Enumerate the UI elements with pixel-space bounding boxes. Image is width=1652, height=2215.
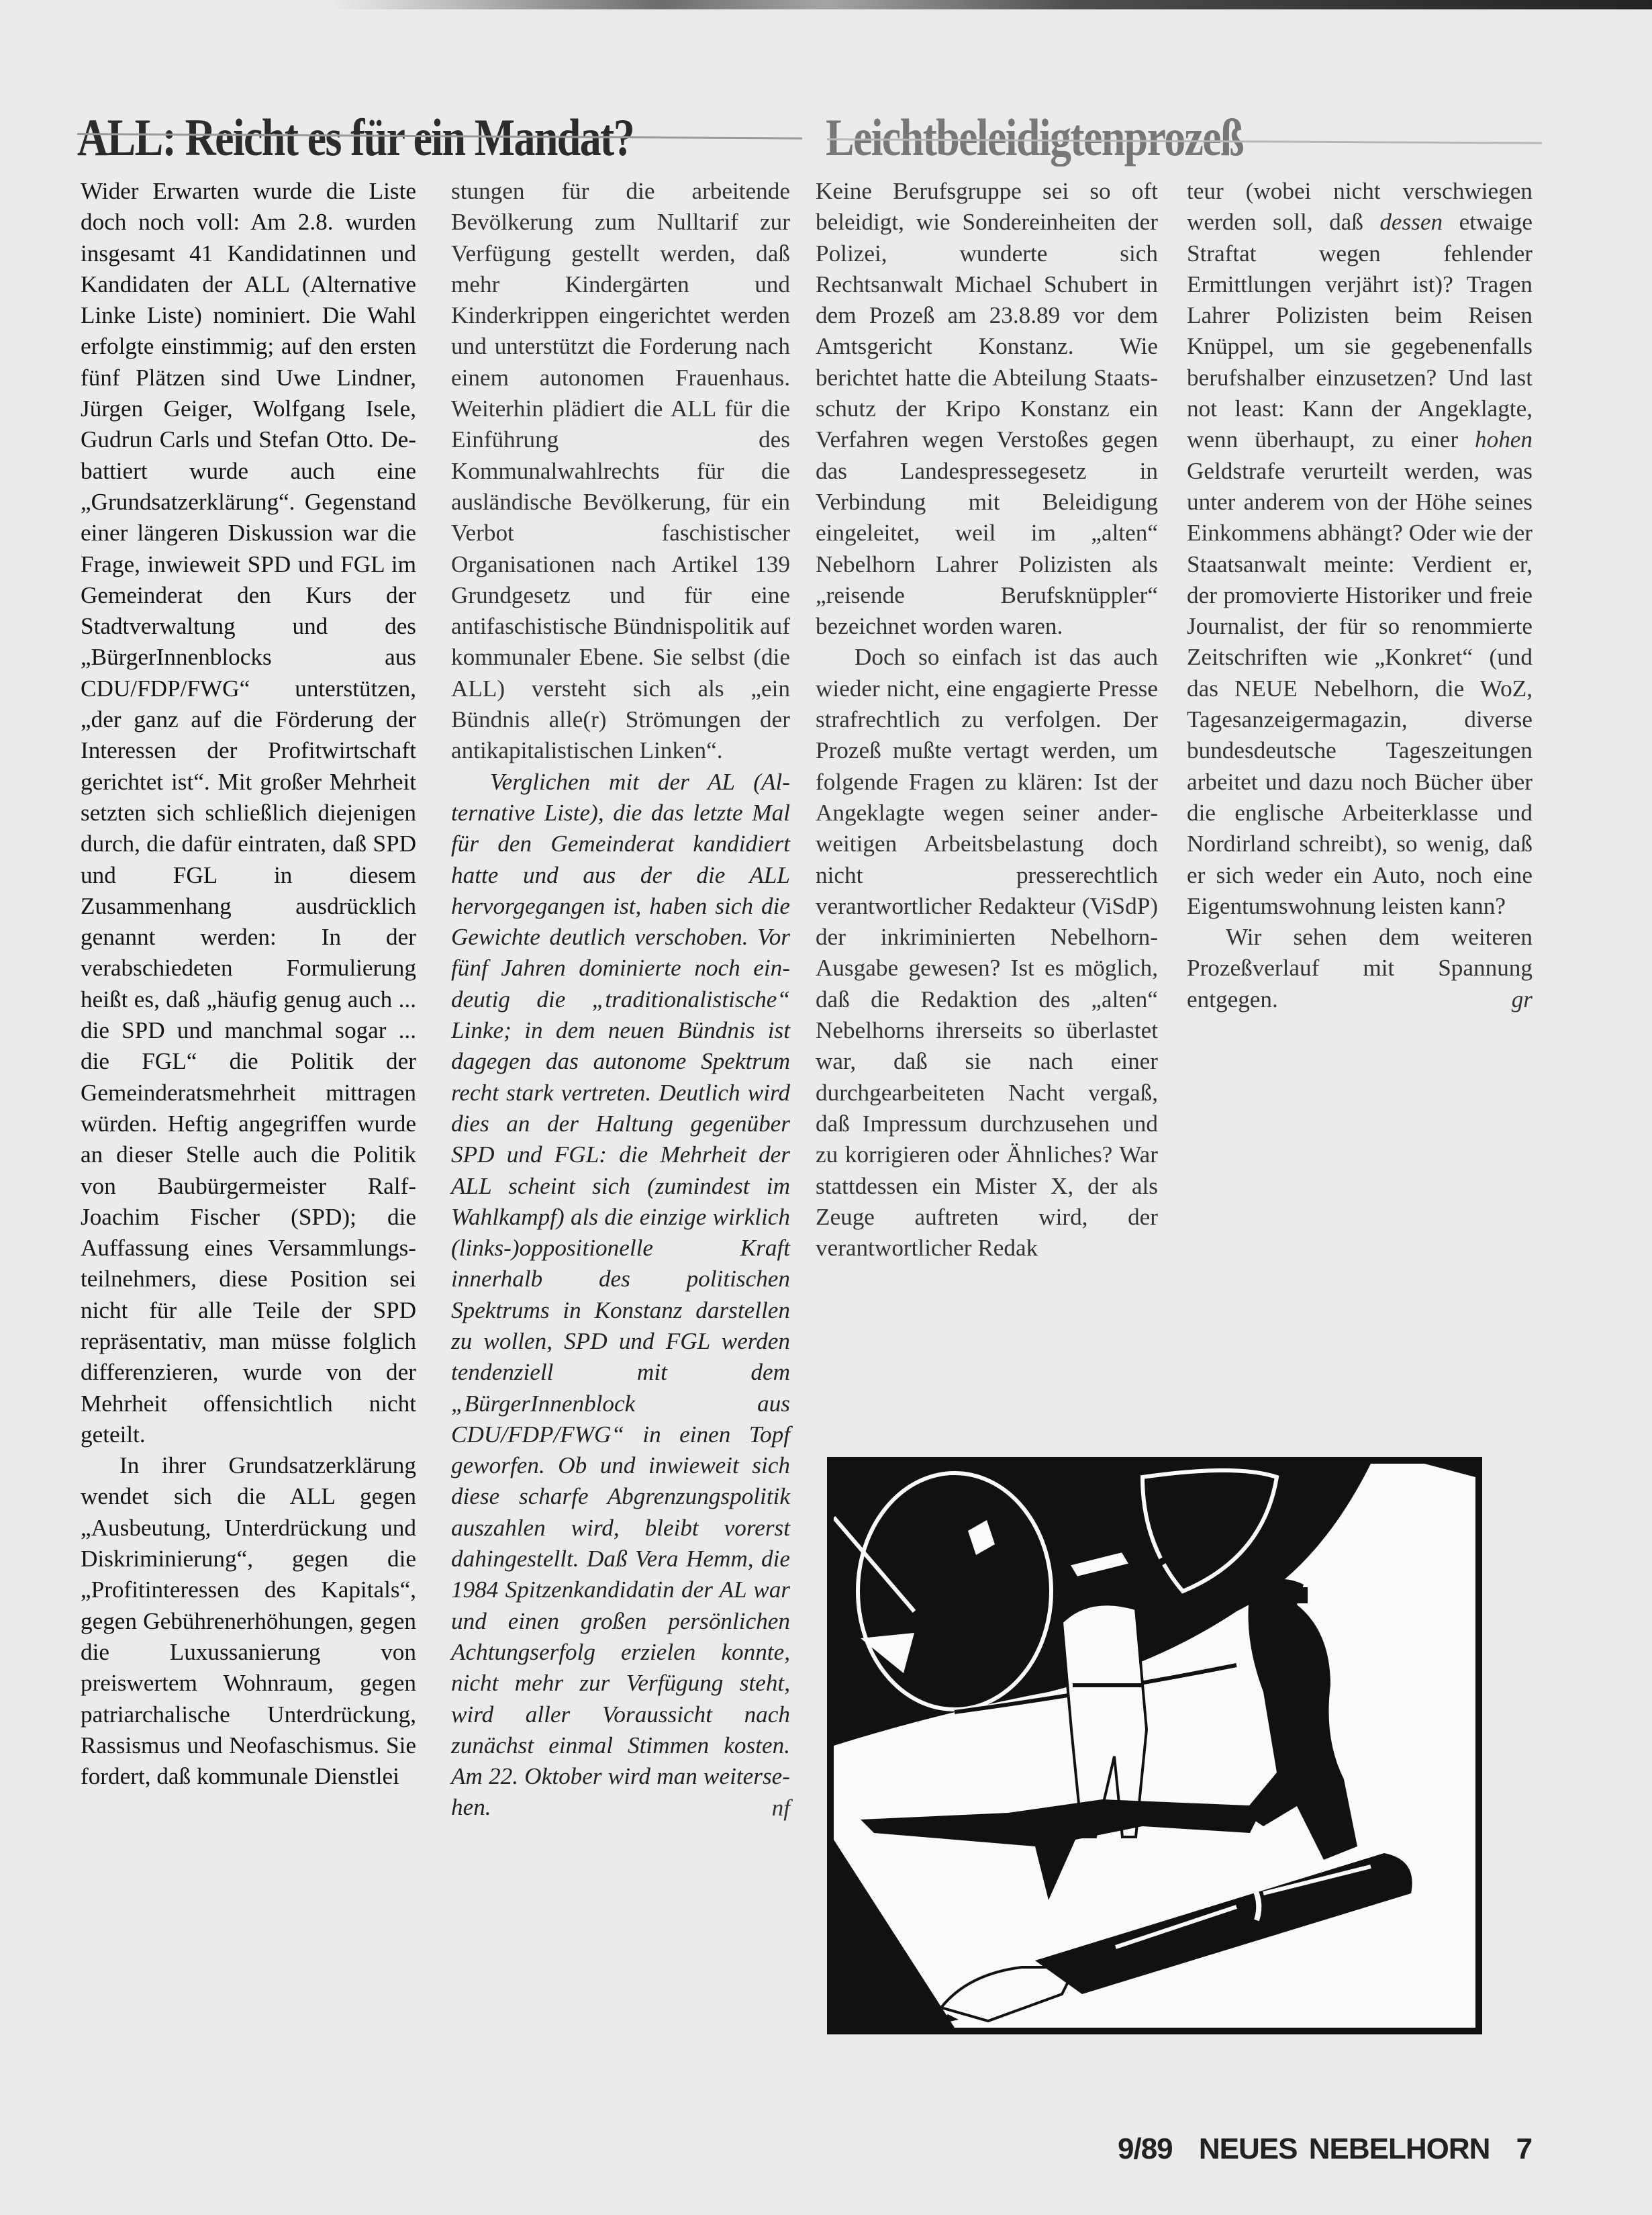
emphasis: dessen — [1379, 209, 1443, 235]
publication-name: NEUES NEBELHORN — [1199, 2132, 1490, 2165]
headline-prozess-article: Leichtbeleidigtenprozeß — [826, 107, 1243, 168]
paragraph: Keine Berufsgruppe sei so oft beleidigt,… — [816, 176, 1158, 642]
paragraph: teur (wobei nicht verschwie­gen werden s… — [1187, 176, 1533, 922]
issue-number: 9/89 — [1118, 2132, 1173, 2165]
illustration-drawing — [834, 1464, 1475, 2028]
article-prozess-column-2: teur (wobei nicht verschwie­gen werden s… — [1187, 176, 1533, 1015]
article-all-column-1: Wider Erwarten wurde die Liste doch noch… — [81, 176, 416, 1792]
scan-edge-artifact — [0, 0, 1652, 9]
page-footer: 9/89 NEUES NEBELHORN 7 — [1118, 2132, 1547, 2166]
paragraph-italic: Verglichen mit der AL (Al­ternative List… — [451, 767, 790, 1824]
illustration-police-and-pen — [827, 1457, 1482, 2034]
text-run: etwaige Straftat wegen feh­lender Ermitt… — [1187, 209, 1533, 453]
paragraph: In ihrer Grundsatzerklä­rung wendet sich… — [81, 1450, 416, 1792]
author-initials: nf — [451, 1793, 790, 1824]
article-all-column-2: stungen für die arbeitende Bevölkerung z… — [451, 176, 790, 1824]
text-run: Geldstrafe verur­teilt werden, was unter… — [1187, 458, 1533, 919]
paragraph: Doch so einfach ist das auch wieder nich… — [816, 642, 1158, 1264]
paragraph: stungen für die arbeitende Bevölkerung z… — [451, 176, 790, 767]
paragraph: Wider Erwarten wurde die Liste doch noch… — [81, 176, 416, 1450]
article-prozess-column-1: Keine Berufsgruppe sei so oft beleidigt,… — [816, 176, 1158, 1264]
page-number: 7 — [1516, 2132, 1532, 2165]
emphasis: hohen — [1475, 426, 1533, 453]
